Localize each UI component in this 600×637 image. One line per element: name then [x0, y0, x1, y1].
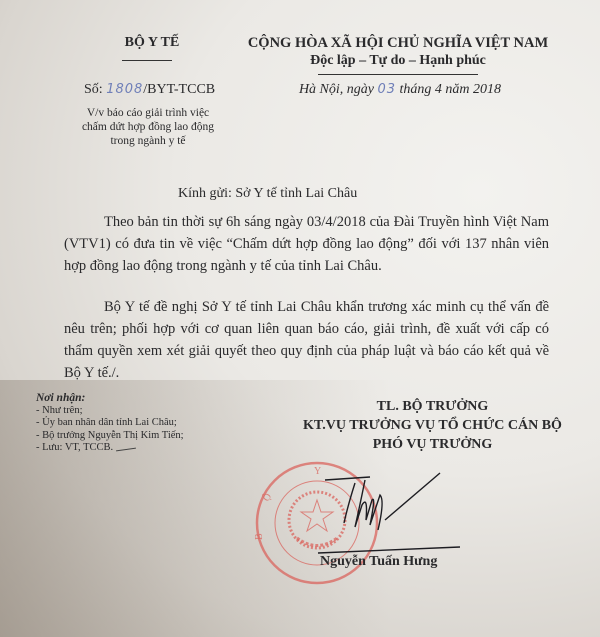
- issuing-organization: BỘ Y TẾ: [96, 35, 208, 51]
- place-date-prefix: Hà Nội, ngày: [299, 82, 374, 97]
- recipients-title: Nơi nhận:: [36, 392, 184, 405]
- national-motto: Độc lập – Tự do – Hạnh phúc: [238, 53, 558, 69]
- recipient-item: - Bộ trưởng Nguyễn Thị Kim Tiến;: [36, 430, 184, 443]
- svg-text:Ộ: Ộ: [260, 491, 274, 503]
- recipient-item-text: - Lưu: VT, TCCB.: [36, 442, 113, 453]
- sign-authority: TL. BỘ TRƯỞNG: [300, 397, 565, 416]
- paragraph-text: Bộ Y tế đề nghị Sở Y tế tỉnh Lai Châu kh…: [64, 299, 549, 381]
- sign-department: KT.VỤ TRƯỞNG VỤ TỔ CHỨC CÁN BỘ: [300, 416, 565, 435]
- doc-number-handwritten: 1808: [106, 82, 143, 97]
- document-number: Số: 1808/BYT-TCCB: [84, 82, 215, 98]
- subject-line: trong ngành y tế: [78, 134, 218, 148]
- recipient-item: - Ủy ban nhân dân tỉnh Lai Châu;: [36, 417, 184, 430]
- motto-underline: [318, 74, 478, 75]
- handwritten-signature-icon: [310, 465, 510, 555]
- signature-block: TL. BỘ TRƯỞNG KT.VỤ TRƯỞNG VỤ TỔ CHỨC CÁ…: [300, 397, 565, 454]
- paragraph-text: Theo bản tin thời sự 6h sáng ngày 03/4/2…: [64, 214, 549, 274]
- doc-number-prefix: Số:: [84, 82, 103, 97]
- signer-name: Nguyễn Tuấn Hưng: [320, 554, 437, 570]
- svg-text:B: B: [254, 533, 265, 540]
- recipients-list: Nơi nhận: - Như trên; - Ủy ban nhân dân …: [36, 392, 184, 455]
- place-and-date: Hà Nội, ngày 03 tháng 4 năm 2018: [240, 82, 560, 98]
- recipient-item: - Lưu: VT, TCCB.: [36, 442, 184, 455]
- recipient-item: - Như trên;: [36, 405, 184, 418]
- subject-line: chấm dứt hợp đồng lao động: [78, 120, 218, 134]
- body-paragraph: Theo bản tin thời sự 6h sáng ngày 03/4/2…: [64, 211, 549, 277]
- body-paragraph: Bộ Y tế đề nghị Sở Y tế tỉnh Lai Châu kh…: [64, 296, 549, 384]
- addressee: Kính gửi: Sở Y tế tỉnh Lai Châu: [178, 186, 357, 202]
- place-date-suffix: tháng 4 năm 2018: [400, 82, 502, 97]
- day-handwritten: 03: [378, 82, 397, 97]
- org-underline: [122, 60, 172, 61]
- document-subject: V/v báo cáo giải trình việc chấm dứt hợp…: [78, 106, 218, 148]
- doc-number-suffix: /BYT-TCCB: [143, 82, 215, 97]
- subject-line: V/v báo cáo giải trình việc: [78, 106, 218, 120]
- country-name: CỘNG HÒA XÃ HỘI CHỦ NGHĨA VIỆT NAM: [238, 35, 558, 52]
- sign-position: PHÓ VỤ TRƯỞNG: [300, 435, 565, 454]
